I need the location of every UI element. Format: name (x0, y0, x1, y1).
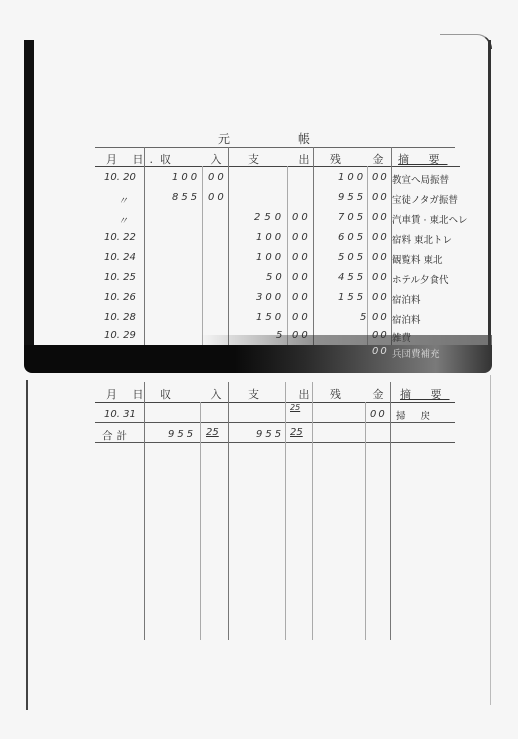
row-memo: 宿料 東北トレ (392, 232, 452, 246)
row-balance: 5 (360, 312, 366, 323)
row-income: 100 (172, 172, 200, 183)
row-balance-sen: 00 (372, 346, 389, 357)
col-divider (202, 166, 203, 346)
row-date: 10. 20 (104, 172, 136, 183)
header-expense: 支 出 (248, 386, 328, 402)
row-balance-sen: 00 (372, 252, 389, 263)
row-expense: 250 (254, 212, 285, 223)
page-corner (440, 34, 492, 49)
row-balance-sen: 00 (372, 212, 389, 223)
row-date: 10. 22 (104, 232, 136, 243)
row-balance: 455 (338, 272, 366, 283)
row-balance: 955 (338, 192, 366, 203)
col-divider (367, 166, 368, 346)
row-date: 10. 28 (104, 312, 136, 323)
row-date: 10. 25 (104, 272, 136, 283)
row-income: 855 (172, 192, 200, 203)
row-expense-sen: 00 (292, 212, 311, 223)
page-edge-left (26, 380, 28, 710)
col-divider (312, 382, 313, 640)
total-income: 955 (168, 429, 196, 440)
row-balance: 505 (338, 252, 366, 263)
row-balance-sen: 00 (372, 292, 389, 303)
total-label: 合計 (102, 428, 131, 443)
row-balance: 100 (338, 172, 366, 183)
col-divider (144, 382, 145, 640)
row-date: 10. 24 (104, 252, 136, 263)
row-expense-sen: 00 (292, 292, 311, 303)
row-memo: 観覧料 東北 (392, 252, 443, 266)
row-memo: 教宣へ局振替 (392, 172, 449, 186)
col-divider (365, 402, 366, 640)
row-expense-sen: 00 (292, 232, 311, 243)
row-balance-sen: 00 (372, 232, 389, 243)
row-expense: 300 (256, 292, 284, 303)
header-balance: 残 金 (330, 386, 398, 402)
row-date: 〃 (118, 192, 128, 207)
document-title-right: 帳 (298, 130, 310, 147)
row-expense-sen: 00 (292, 312, 311, 323)
row-income-sen: 00 (208, 192, 227, 203)
row-expense-sen: 00 (292, 272, 311, 283)
total-income-sen: 25 (206, 427, 219, 438)
scan-shadow-left (24, 40, 34, 365)
page-edge-right (488, 40, 491, 360)
row-expense: 100 (256, 252, 284, 263)
total-expense-sen: 25 (290, 427, 303, 438)
header-memo: 摘 要 (398, 151, 448, 167)
row-balance-sen: 00 (372, 172, 389, 183)
row-balance: 705 (338, 212, 366, 223)
row-date: 10. 29 (104, 330, 136, 341)
col-divider (200, 402, 201, 640)
page-edge-right-lower (490, 375, 491, 705)
total-expense: 955 (256, 429, 284, 440)
row-expense-sen: 00 (292, 252, 311, 263)
total-rule (95, 442, 455, 443)
header-bottom-rule (95, 402, 455, 403)
row-expense-sen: 25 (290, 403, 300, 412)
row-memo: 宝徒ノタガ振替 (392, 192, 458, 206)
row-memo: ホテル夕食代 (392, 272, 449, 286)
row-date: 〃 (118, 212, 128, 227)
row-expense: 100 (256, 232, 284, 243)
row-balance-sen: 00 (370, 409, 387, 420)
row-balance-sen: 00 (372, 272, 389, 283)
document-title-left: 元 (218, 130, 230, 147)
row-income-sen: 00 (208, 172, 227, 183)
row-expense: 50 (266, 272, 285, 283)
header-date: 月 日 (106, 386, 150, 402)
row-balance: 605 (338, 232, 366, 243)
header-expense: 支 出 (248, 151, 328, 167)
header-income: 収 入 (160, 151, 240, 167)
col-divider (313, 147, 314, 347)
col-divider (144, 147, 145, 347)
col-divider (228, 147, 229, 347)
col-divider (287, 166, 288, 346)
row-memo: 兵団費補充 (392, 346, 440, 360)
row-date: 10. 31 (104, 409, 136, 420)
row-memo: 宿泊料 (392, 312, 421, 326)
row-rule (95, 422, 455, 423)
header-date: 月 日. (106, 151, 159, 167)
row-memo: 宿泊料 (392, 292, 421, 306)
header-income: 収 入 (160, 386, 240, 402)
row-expense: 150 (256, 312, 284, 323)
row-date: 10. 26 (104, 292, 136, 303)
row-memo: 掃 戻 (396, 408, 436, 422)
row-balance: 155 (338, 292, 366, 303)
header-memo: 摘 要 (400, 386, 450, 402)
row-balance-sen: 00 (372, 192, 389, 203)
col-divider (228, 382, 229, 640)
row-balance-sen: 00 (372, 312, 389, 323)
col-divider (285, 382, 286, 640)
row-memo: 汽車賃 · 東北ヘレ (392, 212, 468, 226)
header-balance: 残 金 (330, 151, 398, 167)
header-top-rule (95, 147, 455, 148)
col-divider (390, 382, 391, 640)
